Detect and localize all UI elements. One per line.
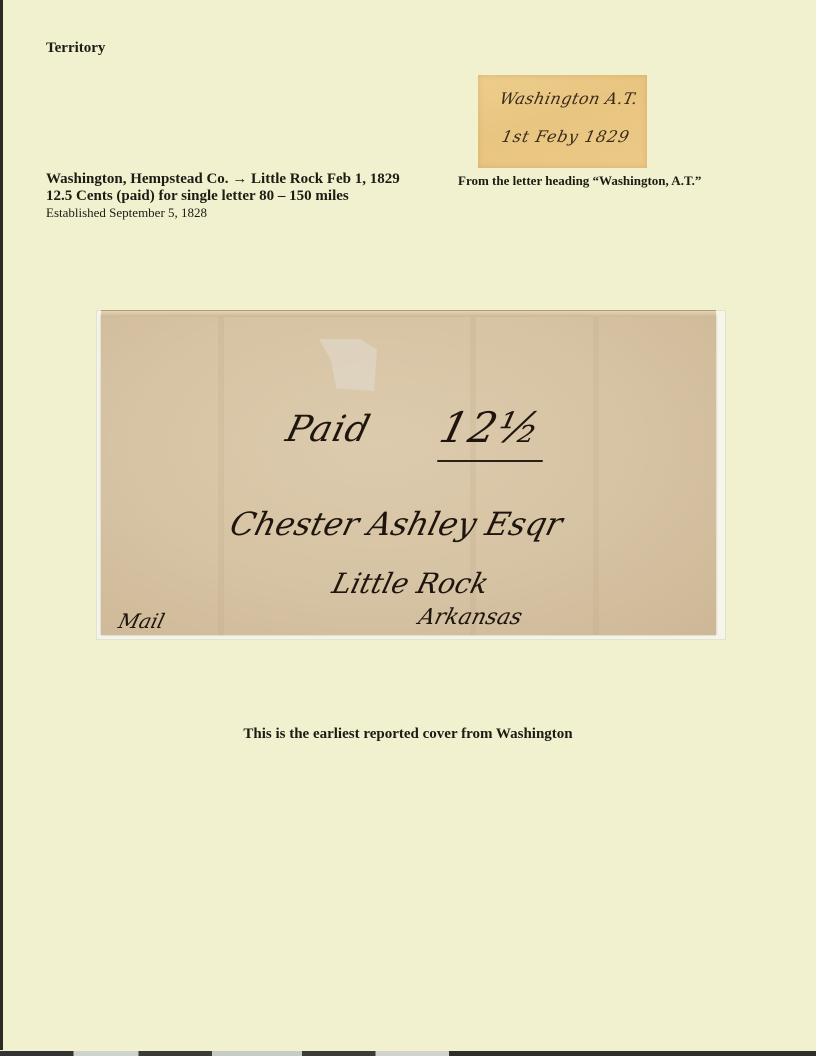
letter-heading-caption: From the letter heading “Washington, A.T… [458, 173, 701, 189]
addressee: Chester Ashley Esqr [226, 505, 566, 543]
rate-underline [437, 460, 543, 462]
footnote: This is the earliest reported cover from… [0, 726, 816, 743]
mail-marking: Mail [116, 609, 167, 633]
cover-repair-patch [319, 339, 377, 391]
postal-cover-image: Paid 12½ Chester Ashley Esqr Little Rock… [101, 315, 716, 635]
address-state: Arkansas [416, 605, 525, 630]
letter-heading-image: Washington A.T. 1st Feby 1829 [478, 75, 647, 168]
section-title: Territory [46, 40, 105, 57]
established-line: Established September 5, 1828 [46, 205, 400, 220]
route-line: Washington, Hempstead Co. → Little Rock … [46, 171, 400, 188]
address-city: Little Rock [329, 567, 492, 600]
paid-marking: Paid [282, 409, 375, 450]
rate-line: 12.5 Cents (paid) for single letter 80 –… [46, 188, 400, 205]
scan-bottom-edge [0, 1051, 816, 1056]
rate-marking: 12½ [435, 403, 547, 452]
cover-description: Washington, Hempstead Co. → Little Rock … [46, 171, 400, 220]
letter-heading-place: Washington A.T. [498, 89, 640, 108]
scan-left-edge [0, 0, 3, 1050]
letter-heading-date: 1st Feby 1829 [500, 127, 632, 146]
cover-fold [101, 310, 716, 317]
